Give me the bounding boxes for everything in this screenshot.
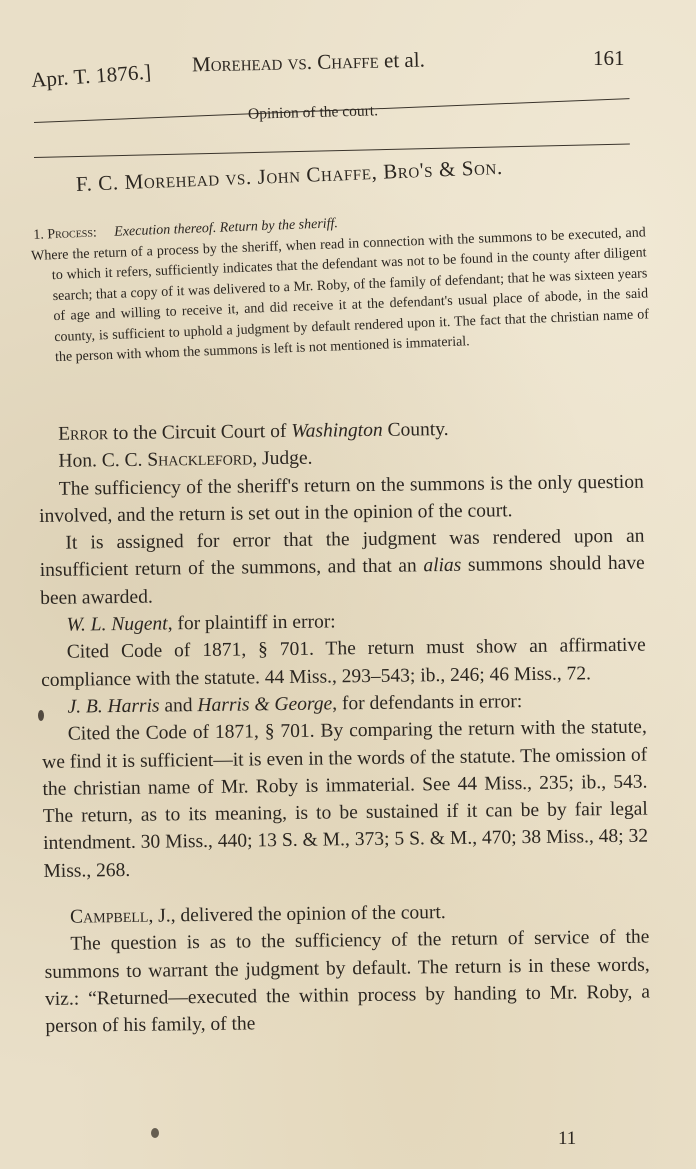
scanned-page: Apr. T. 1876.] Morehead vs. Chaffe et al… <box>0 0 696 1169</box>
judge-prefix: Hon. C. C. <box>58 450 147 472</box>
counsel-and: and <box>159 695 197 716</box>
term-label: Apr. T. 1876.] <box>30 60 152 93</box>
ink-blot <box>151 1128 159 1138</box>
counsel-plaintiff-role: , for plaintiff in error: <box>168 611 336 634</box>
judge-name: Shackleford <box>147 449 252 471</box>
opinion-judge-name: Campbell <box>70 906 149 928</box>
headnote-topic: Process: <box>47 225 97 242</box>
case-short-title: Morehead vs. Chaffe et al. <box>192 48 425 78</box>
headnote: 1. Process: Execution thereof. Return by… <box>30 201 675 369</box>
case-caption: F. C. Morehead vs. John Chaffe, Bro's & … <box>75 155 503 197</box>
paragraph-statement: The sufficiency of the sheriff's return … <box>39 468 645 530</box>
counsel-defendant-name-2: Harris & George <box>197 693 332 716</box>
section-label: Opinion of the court. <box>248 102 378 123</box>
plaintiff-name: F. C. Morehead <box>75 166 220 196</box>
paragraph-opinion: The question is as to the sufficiency of… <box>44 924 650 1041</box>
paragraph-defendant-argument: Cited the Code of 1871, § 701. By compar… <box>42 714 649 885</box>
alias-term: alias <box>423 555 461 576</box>
judge-suffix: , Judge. <box>252 448 312 470</box>
ink-blot <box>38 710 44 721</box>
defendant-name: John Chaffe, Bro's & Son. <box>257 155 503 189</box>
paragraph-assignment: It is assigned for error that the judgme… <box>39 523 645 612</box>
counsel-defendant-name-1: J. B. Harris <box>67 696 159 718</box>
versus: vs. <box>219 165 258 191</box>
case-short-title-suffix: et al. <box>379 48 426 73</box>
opinion-intro-text: , J., delivered the opinion of the court… <box>148 902 446 927</box>
county-name: Washington <box>291 420 383 442</box>
running-head: Apr. T. 1876.] Morehead vs. Chaffe et al… <box>30 42 630 82</box>
error-lead: Error <box>58 423 108 445</box>
case-short-title-main: Morehead vs. Chaffe <box>192 49 379 77</box>
headnote-text: Where the return of a process by the she… <box>51 223 650 369</box>
page-number: 161 <box>593 46 625 71</box>
signature-mark: 11 <box>558 1128 576 1150</box>
error-text: to the Circuit Court of <box>108 421 291 444</box>
main-text: Error to the Circuit Court of Washington… <box>38 414 651 1041</box>
error-text-end: County. <box>383 419 449 441</box>
counsel-plaintiff-name: W. L. Nugent <box>66 614 167 636</box>
headnote-number: 1. <box>33 227 44 242</box>
paragraph-plaintiff-argument: Cited Code of 1871, § 701. The return mu… <box>41 632 647 694</box>
header-rule-bottom <box>34 143 630 158</box>
counsel-defendant-role: , for defendants in error: <box>332 691 522 714</box>
